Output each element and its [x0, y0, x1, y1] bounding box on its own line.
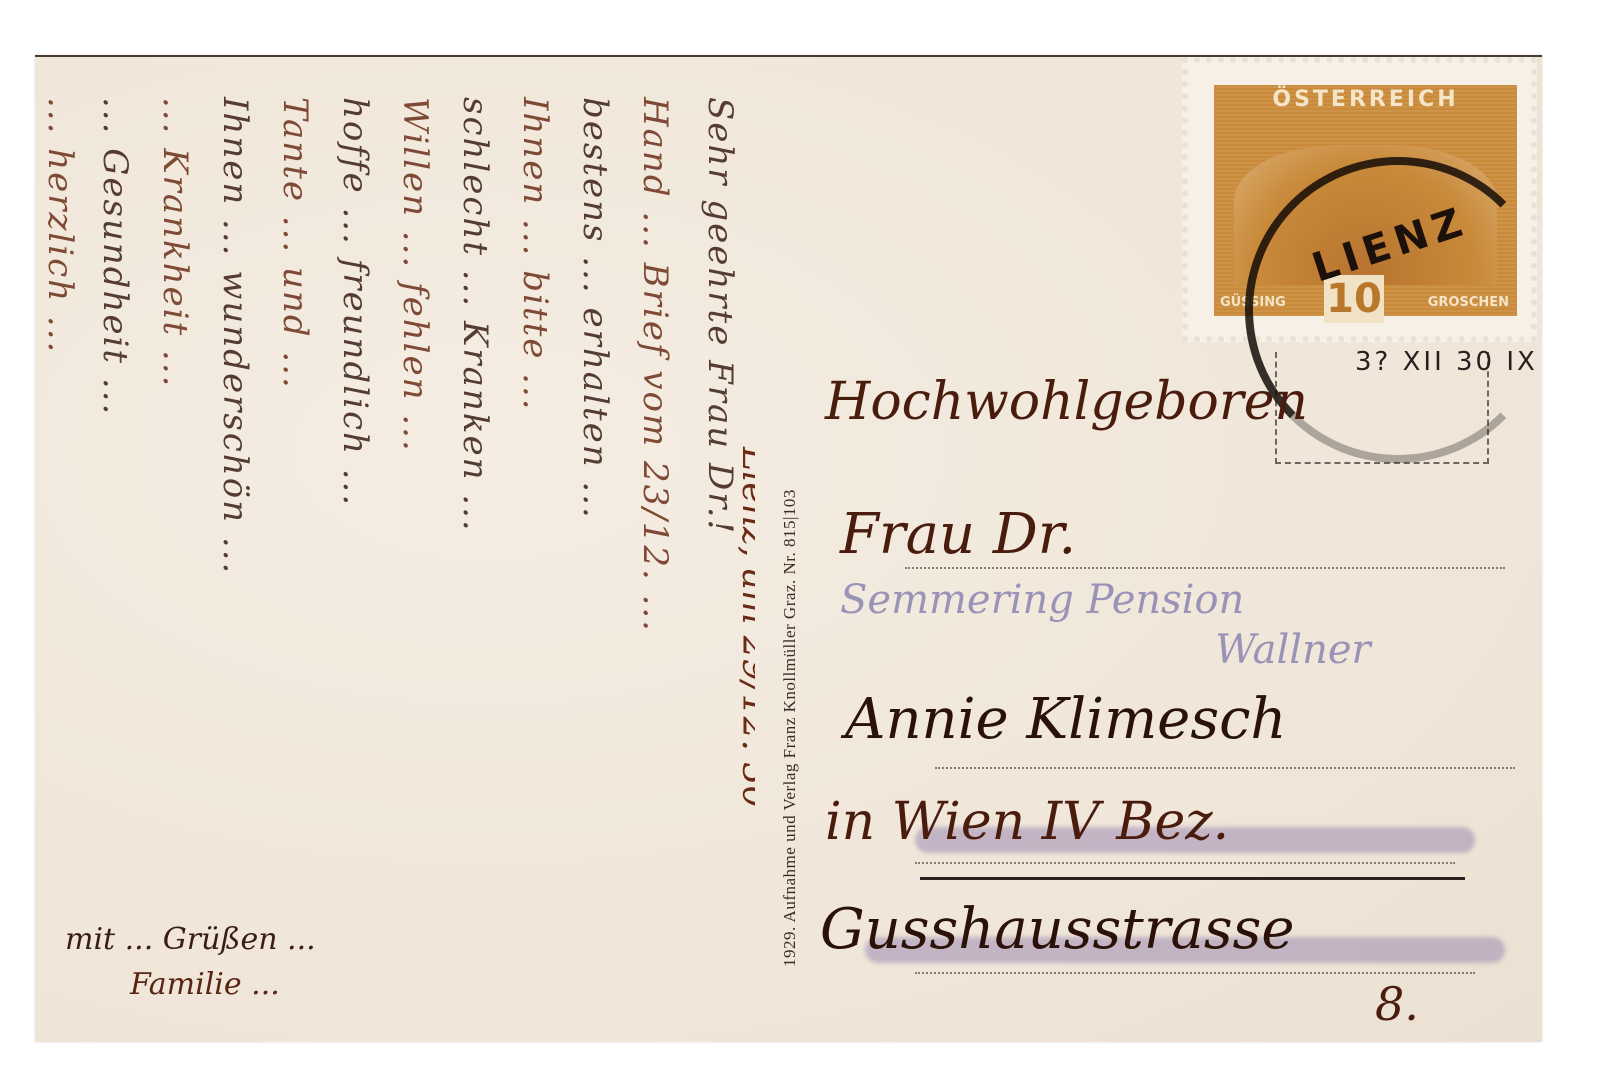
ink-strike-city — [920, 877, 1465, 880]
message-date: Lienz, am 29/12. 30 — [725, 447, 755, 967]
message-line: Ihnen ... wunderschön ... — [215, 97, 255, 977]
message-line: Hand ... Brief vom 23/12. ... — [635, 97, 675, 977]
message-line: ... Krankheit ... — [155, 97, 195, 977]
address-dotted-line — [905, 567, 1505, 569]
message-closing-2: Familie ... — [130, 967, 755, 1002]
forwarding-note-1: Semmering Pension — [840, 577, 1244, 623]
message-line: hoffe ... freundlich ... — [335, 97, 375, 977]
publisher-imprint: 1929. Aufnahme und Verlag Franz Knollmül… — [780, 147, 810, 967]
address-honorific: Hochwohlgeboren — [825, 372, 1308, 432]
postcard: Sehr geehrte Frau Dr.! Hand ... Brief vo… — [35, 55, 1542, 1042]
address-house-number: 8. — [1375, 977, 1419, 1031]
forwarding-note-2: Wallner — [1215, 627, 1371, 673]
message-line: Tante ... und ... — [275, 97, 315, 977]
address-dotted-line — [915, 972, 1475, 974]
stamp-country: ÖSTERREICH — [1214, 87, 1517, 112]
address-city: in Wien IV Bez. — [825, 792, 1229, 852]
postmark-date: 3? XII 30 IX — [1355, 347, 1538, 377]
address-name: Annie Klimesch — [845, 687, 1287, 752]
message-line: schlecht ... Kranken ... — [455, 97, 495, 977]
message-line: ... herzlich ... — [40, 97, 80, 977]
message-line: ... Gesundheit ... — [95, 97, 135, 977]
address-dotted-line — [915, 862, 1455, 864]
message-line: bestens ... erhalten ... — [575, 97, 615, 977]
address-title: Frau Dr. — [840, 502, 1076, 567]
message-area: Sehr geehrte Frau Dr.! Hand ... Brief vo… — [35, 57, 755, 1042]
address-street: Gusshausstrasse — [820, 897, 1295, 962]
message-line: Ihnen ... bitte ... — [515, 97, 555, 977]
address-dotted-line — [935, 767, 1515, 769]
message-closing-1: mit ... Grüßen ... — [65, 922, 705, 957]
message-line: Willen ... fehlen ... — [395, 97, 435, 977]
